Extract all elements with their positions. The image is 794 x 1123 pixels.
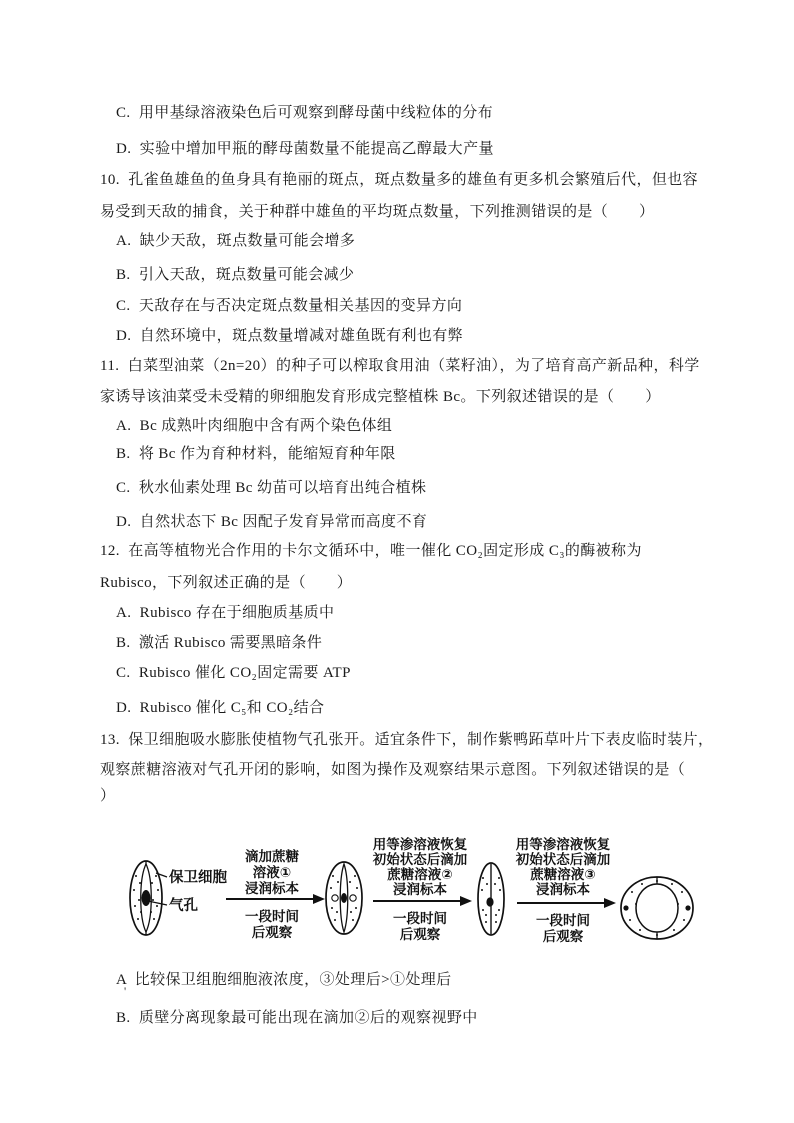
q10-option-a: A. 缺少天敌，斑点数量可能会增多 (116, 232, 355, 250)
q13-option-a: A 比较保卫组胞细胞液浓度，③处理后>①处理后 (116, 971, 452, 989)
svg-text:后观察: 后观察 (400, 926, 441, 942)
svg-text:蔗糖溶液②: 蔗糖溶液② (387, 866, 452, 882)
q11-stem-line-2: 家诱导该油菜受未受精的卵细胞发育形成完整植株 Bc。下列叙述错误的是（ ） (100, 388, 661, 406)
q10-stem-line-2: 易受到天敌的捕食，关于种群中雄鱼的平均斑点数量，下列推测错误的是（ ） (100, 203, 654, 221)
stoma-closed-drawing (478, 863, 504, 935)
stoma-label: 气孔 (169, 896, 198, 914)
guard-cell-label: 保卫细胞 (169, 868, 227, 886)
svg-text:滴加蔗糖: 滴加蔗糖 (245, 848, 299, 864)
step2-labels: 用等渗溶液恢复 初始状态后滴加 蔗糖溶液② 浸润标本 一段时间 后观察 (372, 836, 468, 942)
q12-option-c: C. Rubisco 催化 CO₂固定需要 ATP (116, 664, 351, 682)
q12-option-b: B. 激活 Rubisco 需要黑暗条件 (116, 634, 322, 652)
q13-stem-line-2: 观察蔗糖溶液对气孔开闭的影响，如图为操作及观察结果示意图。下列叙述错误的是（ (100, 761, 685, 779)
svg-text:后观察: 后观察 (252, 924, 293, 940)
q9-option-d: D. 实验中增加甲瓶的酵母菌数量不能提高乙醇最大产量 (116, 140, 494, 158)
arrow-right-icon (373, 896, 472, 906)
q12-option-a: A. Rubisco 存在于细胞质基质中 (116, 604, 334, 622)
stoma-open-drawing (130, 861, 162, 935)
svg-text:初始状态后滴加: 初始状态后滴加 (372, 851, 468, 867)
q10-option-d: D. 自然环境中，斑点数量增减对雄鱼既有利也有弊 (116, 327, 463, 345)
q9-option-c: C. 用甲基绿溶液染色后可观察到酵母菌中线粒体的分布 (116, 104, 493, 122)
q12-stem-line-1: 12. 在高等植物光合作用的卡尔文循环中，唯一催化 CO₂固定形成 C₃的酶被称… (100, 542, 642, 560)
q13-stem-line-3: ） (100, 787, 115, 805)
svg-text:浸润标本: 浸润标本 (536, 881, 590, 897)
svg-text:一段时间: 一段时间 (536, 912, 590, 928)
q13-option-b: B. 质壁分离现象最可能出现在滴加②后的观察视野中 (116, 1009, 478, 1027)
arrow-right-icon (517, 898, 616, 908)
q11-stem-line-1: 11. 白菜型油菜（2n=20）的种子可以榨取食用油（菜籽油），为了培育高产新品… (100, 357, 700, 375)
svg-text:蔗糖溶液③: 蔗糖溶液③ (530, 866, 595, 882)
stoma-wide-open-drawing (621, 877, 693, 939)
q12-option-d: D. Rubisco 催化 C₅和 CO₂结合 (116, 699, 324, 717)
q11-option-c: C. 秋水仙素处理 Bc 幼苗可以培育出纯合植株 (116, 479, 426, 497)
q10-stem-line-1: 10. 孔雀鱼雄鱼的鱼身具有艳丽的斑点，斑点数量多的雄鱼有更多机会繁殖后代，但也… (100, 171, 698, 189)
q11-option-a: A. Bc 成熟叶肉细胞中含有两个染色体组 (116, 417, 392, 435)
q13-stem-line-1: 13. 保卫细胞吸水膨胀使植物气孔张开。适宜条件下，制作紫鸭跖草叶片下表皮临时装… (100, 731, 713, 749)
stray-mark: ' (124, 984, 126, 999)
svg-text:初始状态后滴加: 初始状态后滴加 (515, 851, 611, 867)
step1-labels: 滴加蔗糖 溶液① 浸润标本 一段时间 后观察 (245, 848, 299, 940)
svg-text:用等渗溶液恢复: 用等渗溶液恢复 (373, 836, 468, 852)
svg-text:浸润标本: 浸润标本 (393, 881, 447, 897)
svg-text:后观察: 后观察 (543, 928, 584, 944)
stomata-experiment-diagram: 保卫细胞 气孔 滴加蔗糖 溶液① 浸润标本 一段时间 后观察 (118, 830, 702, 968)
svg-text:溶液①: 溶液① (253, 864, 291, 880)
svg-text:用等渗溶液恢复: 用等渗溶液恢复 (516, 836, 611, 852)
q12-stem-line-2: Rubisco，下列叙述正确的是（ ） (100, 574, 352, 592)
stoma-partially-closed-drawing (326, 862, 362, 934)
exam-document-page: C. 用甲基绿溶液染色后可观察到酵母菌中线粒体的分布 D. 实验中增加甲瓶的酵母… (0, 0, 794, 1123)
q10-option-b: B. 引入天敌，斑点数量可能会减少 (116, 266, 354, 284)
svg-text:一段时间: 一段时间 (245, 908, 299, 924)
q11-option-d: D. 自然状态下 Bc 因配子发育异常而高度不育 (116, 513, 427, 531)
q11-option-b: B. 将 Bc 作为育种材料，能缩短育种年限 (116, 445, 396, 463)
svg-text:一段时间: 一段时间 (393, 910, 447, 926)
step3-labels: 用等渗溶液恢复 初始状态后滴加 蔗糖溶液③ 浸润标本 一段时间 后观察 (515, 836, 611, 944)
svg-text:浸润标本: 浸润标本 (245, 880, 299, 896)
q10-option-c: C. 天敌存在与否决定斑点数量相关基因的变异方向 (116, 297, 462, 315)
